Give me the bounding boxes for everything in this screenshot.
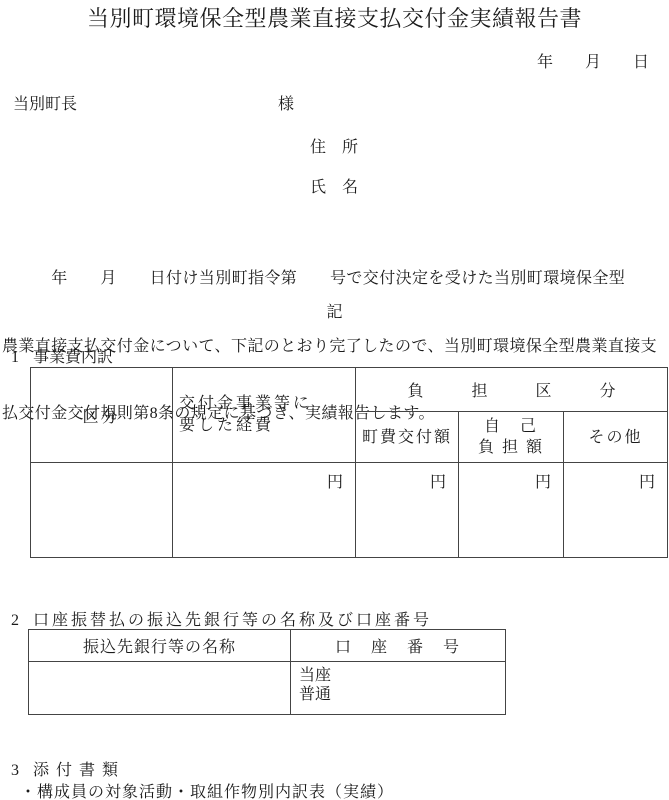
- column-header-town-grant: 町費交付額: [356, 412, 459, 463]
- section2-heading: 2口座振替払の振込先銀行等の名称及び口座番号: [11, 607, 432, 630]
- other-amount-cell: 円: [564, 463, 668, 558]
- section1-number: 1: [11, 349, 33, 367]
- honorific-sama: 様: [278, 91, 294, 114]
- record-marker-ki: 記: [0, 299, 669, 322]
- bank-account-table: 振込先銀行等の名称 口 座 番 号 当座 普通: [28, 629, 506, 715]
- column-header-other: その他: [564, 412, 668, 463]
- attachment-list-item: ・構成員の対象活動・取組作物別内訳表（実績）: [20, 779, 394, 800]
- expense-amount-cell: 円: [173, 463, 356, 558]
- column-header-expense: 交付金事業等に 要した経費: [173, 368, 356, 463]
- address-label: 住 所: [310, 134, 358, 157]
- section2-title: 口座振替払の振込先銀行等の名称及び口座番号: [33, 612, 432, 629]
- column-header-category: 区分: [31, 368, 173, 463]
- section1-title: 事業費内訳: [33, 349, 113, 366]
- name-label: 氏 名: [310, 174, 358, 197]
- expense-breakdown-table: 区分 交付金事業等に 要した経費 負 担 区 分 町費交付額 自 己 負 担 額…: [30, 367, 668, 558]
- date-blank-line: 年 月 日: [537, 49, 649, 72]
- account-number-entry-cell: 当座 普通: [291, 662, 506, 715]
- expense-header-line-2: 要した経費: [179, 415, 355, 437]
- expense-header-line-1: 交付金事業等に: [179, 393, 355, 415]
- category-entry-cell: [31, 463, 173, 558]
- self-burden-line-2: 負 担 額: [459, 437, 563, 458]
- section2-number: 2: [11, 612, 33, 630]
- section1-heading: 1事業費内訳: [11, 344, 113, 367]
- self-burden-line-1: 自 己: [459, 416, 563, 437]
- section3-title: 添付書類: [33, 762, 125, 779]
- self-burden-amount-cell: 円: [459, 463, 564, 558]
- section3-heading: 3添付書類: [11, 757, 125, 780]
- report-form-page: 当別町環境保全型農業直接支払交付金実績報告書 年 月 日 当別町長 様 住 所 …: [0, 0, 669, 800]
- addressee-town-mayor: 当別町長: [13, 91, 77, 114]
- column-header-self-burden: 自 己 負 担 額: [459, 412, 564, 463]
- document-title: 当別町環境保全型農業直接支払交付金実績報告書: [0, 2, 669, 33]
- column-header-bank-name: 振込先銀行等の名称: [29, 630, 291, 662]
- account-type-ordinary: 普通: [299, 685, 505, 704]
- town-grant-amount-cell: 円: [356, 463, 459, 558]
- section3-number: 3: [11, 762, 33, 780]
- account-type-current: 当座: [299, 666, 505, 685]
- column-header-account-number: 口 座 番 号: [291, 630, 506, 662]
- bank-name-entry-cell: [29, 662, 291, 715]
- body-paragraph-line-1: 年 月 日付け当別町指令第 号で交付決定を受けた当別町環境保全型: [2, 268, 666, 291]
- column-header-burden-category: 負 担 区 分: [356, 368, 668, 412]
